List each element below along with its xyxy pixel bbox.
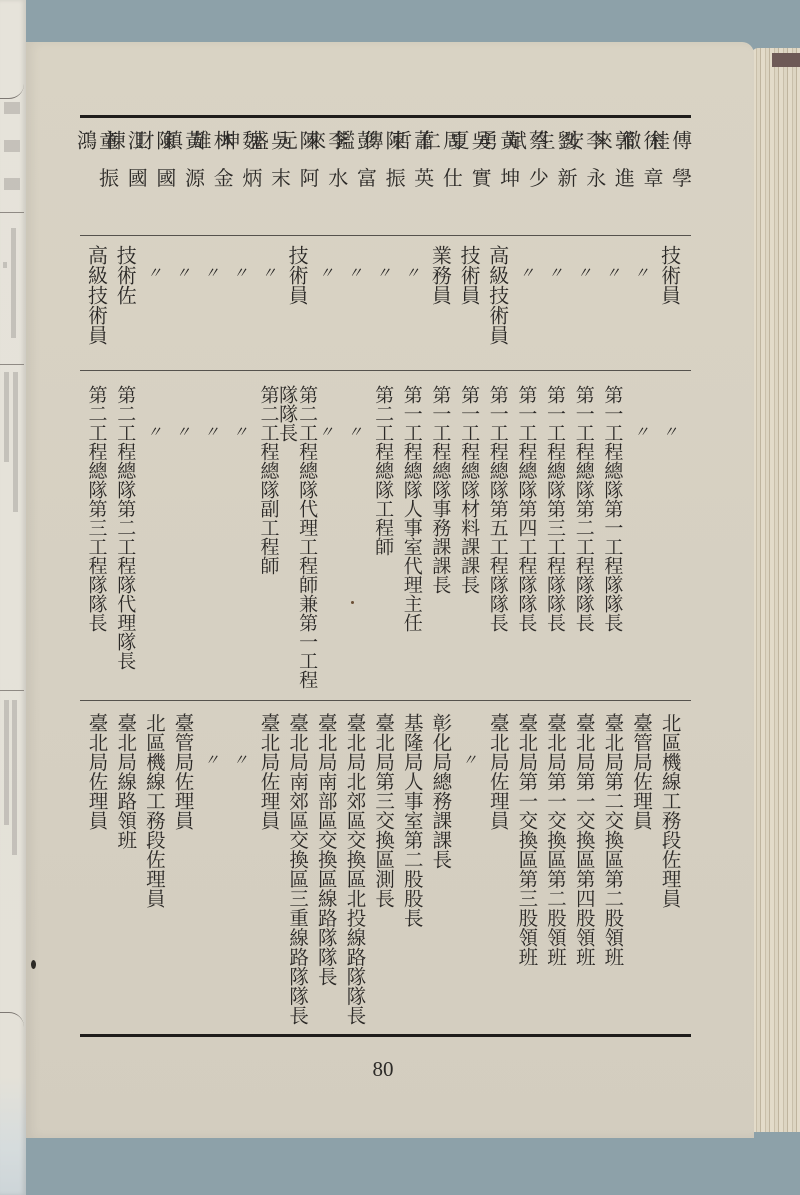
former-position: 〃 [230, 701, 250, 1072]
new-position: 第二工程總隊第二工程隊代理隊長 [115, 371, 135, 691]
former-position-cell: 臺北局第一交換區第四股領班 [569, 701, 598, 1033]
new-position-cell: 〃 [311, 371, 340, 699]
new-position-cell: 第二工程總隊第三工程隊隊長 [82, 371, 111, 699]
new-position-cell: 第一工程總隊第三工程隊隊長 [541, 371, 570, 699]
job-title: 技術員 [286, 236, 308, 305]
previous-page-rule [0, 690, 24, 691]
new-position: 第一工程總隊第三工程隊隊長 [545, 371, 565, 691]
title-cell: 〃 [168, 236, 197, 369]
former-position: 〃 [459, 701, 479, 1072]
new-positions-band: 〃 〃 第一工程總隊第一工程隊隊長 第一工程總隊第二工程隊隊長 第一工程總隊第三… [82, 371, 684, 699]
former-positions-band: 北區機線工務段佐理員 臺管局佐理員 臺北局第二交換區第二股領班 臺北局第一交換區… [82, 701, 684, 1033]
previous-page-rule [0, 212, 24, 213]
former-position: 臺北局第一交換區第三股領班 [516, 701, 536, 1033]
former-position-cell: 臺北局佐理員 [254, 701, 283, 1033]
former-position: 臺北局佐理員 [87, 701, 107, 1033]
former-position: 臺北局南郊區交換區三重線路隊隊長 [287, 701, 307, 1033]
new-position-cell: 第一工程總隊第五工程隊隊長 [483, 371, 512, 699]
previous-page-rule [0, 84, 24, 99]
new-position: 第一工程總隊人事室代理主任 [402, 371, 422, 691]
title-cell: 〃 [369, 236, 398, 369]
ink-blemish [31, 960, 36, 969]
former-position-cell: 臺北局第一交換區第三股領班 [512, 701, 541, 1033]
former-position: 臺北局第三交換區測長 [373, 701, 393, 1033]
title-cell: 技術員 [283, 236, 312, 369]
former-position: 臺北局第二交換區第二股領班 [602, 701, 622, 1033]
title-cell: 〃 [569, 236, 598, 369]
former-position: 臺北局佐理員 [258, 701, 278, 1033]
title-cell: 〃 [254, 236, 283, 369]
job-title: 〃 [343, 236, 365, 280]
former-position-cell: 臺管局佐理員 [168, 701, 197, 1033]
new-position-cell: 〃 [168, 371, 197, 699]
new-position: 第一工程總隊第五工程隊隊長 [488, 371, 508, 691]
name-cell: 傅學桂 [655, 119, 684, 234]
job-title: 〃 [515, 236, 537, 280]
job-title: 〃 [172, 236, 194, 280]
job-title: 〃 [372, 236, 394, 280]
job-title: 業務員 [429, 236, 451, 305]
former-position: 臺北局第一交換區第四股領班 [574, 701, 594, 1033]
former-position-cell: 臺北局南部區交換區線路隊隊長 [311, 701, 340, 1033]
faded-text [12, 700, 17, 855]
page-number: 80 [363, 1057, 403, 1082]
new-position: 第二工程總隊工程師 [373, 371, 393, 691]
former-position: 臺管局佐理員 [173, 701, 193, 1033]
faded-text [4, 178, 20, 190]
former-position: 臺北局北郊區交換區北投線路隊隊長 [344, 701, 364, 1033]
title-cell: 高級技術員 [82, 236, 111, 369]
former-position-cell: 臺北局線路領班 [111, 701, 140, 1033]
new-position: 第一工程總隊事務課課長 [430, 371, 450, 691]
new-position-cell: 第一工程總隊材料課課長 [455, 371, 484, 699]
job-title: 〃 [257, 236, 279, 280]
job-title: 〃 [630, 236, 652, 280]
title-cell: 業務員 [426, 236, 455, 369]
names-band: 傅學桂 徐章徹 郭進來 李永安 劉新生 蔡少斌 黃坤勇 吳實夏 周仕仁 蕭英哲 … [82, 119, 684, 234]
faded-text [3, 262, 7, 268]
job-title: 技術員 [659, 236, 681, 305]
former-position-cell: 臺北局南郊區交換區三重線路隊隊長 [283, 701, 312, 1033]
title-cell: 〃 [340, 236, 369, 369]
title-cell: 高級技術員 [483, 236, 512, 369]
former-position-cell: 基隆局人事室第二股股長 [397, 701, 426, 1033]
former-position-cell: 臺北局佐理員 [82, 701, 111, 1033]
previous-page-edge [0, 0, 26, 1195]
faded-text [13, 372, 18, 512]
title-cell: 〃 [197, 236, 226, 369]
faded-text [11, 228, 16, 338]
job-title: 〃 [200, 236, 222, 280]
former-position-cell: 臺北局第三交換區測長 [369, 701, 398, 1033]
former-position: 臺北局佐理員 [488, 701, 508, 1033]
former-position: 臺北局南部區交換區線路隊隊長 [316, 701, 336, 1033]
new-position-cell: 第一工程總隊第二工程隊隊長 [569, 371, 598, 699]
title-cell: 技術佐 [111, 236, 140, 369]
title-cell: 〃 [397, 236, 426, 369]
former-position-cell: 臺北局第一交換區第二股領班 [541, 701, 570, 1033]
title-cell: 技術員 [455, 236, 484, 369]
faded-text [4, 700, 9, 825]
new-position: 第一工程總隊第二工程隊隊長 [574, 371, 594, 691]
job-title: 技術員 [458, 236, 480, 305]
new-position-cell: 〃 [627, 371, 656, 699]
previous-page-rule [0, 364, 24, 365]
new-position: 〃 [631, 371, 651, 730]
former-position-cell: 〃 [455, 701, 484, 1033]
former-position: 臺北局線路領班 [115, 701, 135, 1033]
faded-text [4, 140, 20, 152]
new-position: 〃 [344, 371, 364, 730]
title-cell: 〃 [140, 236, 169, 369]
new-position-cell: 第二工程總隊第二工程隊代理隊長 [111, 371, 140, 699]
job-title: 〃 [143, 236, 165, 280]
new-position-cell: 〃 [197, 371, 226, 699]
new-position-cell: 第一工程總隊第四工程隊隊長 [512, 371, 541, 699]
job-title: 〃 [315, 236, 337, 280]
job-title: 技術佐 [114, 236, 136, 305]
former-position-cell: 臺北局佐理員 [483, 701, 512, 1033]
former-position: 彰化局總務課課長 [430, 701, 450, 1033]
new-position: 〃 [144, 371, 164, 730]
title-cell: 〃 [512, 236, 541, 369]
former-position-cell: 彰化局總務課課長 [426, 701, 455, 1033]
new-position-cell: 〃 [655, 371, 684, 699]
former-position-cell: 〃 [197, 701, 226, 1033]
new-position-cell: 第二工程總隊工程師 [369, 371, 398, 699]
former-position: 北區機線工務段佐理員 [144, 701, 164, 1033]
former-position-cell: 臺北局北郊區交換區北投線路隊隊長 [340, 701, 369, 1033]
title-cell: 〃 [627, 236, 656, 369]
rule-bottom-thick [80, 1034, 691, 1037]
book-cover-edge [772, 53, 800, 67]
job-title: 〃 [601, 236, 623, 280]
faded-text [4, 102, 20, 114]
new-position: 第一工程總隊第四工程隊隊長 [516, 371, 536, 691]
faded-text [4, 372, 9, 462]
new-position: 第一工程總隊第一工程隊隊長 [602, 371, 622, 691]
new-position: 〃 [316, 371, 336, 730]
former-position-cell: 臺管局佐理員 [627, 701, 656, 1033]
title-cell: 〃 [598, 236, 627, 369]
former-position: 〃 [201, 701, 221, 1072]
previous-page-rule [0, 1012, 24, 1027]
new-position-cell: 〃 [340, 371, 369, 699]
rule-top-thick [80, 115, 691, 118]
former-position-cell: 北區機線工務段佐理員 [655, 701, 684, 1033]
person-name: 傅學桂 [648, 119, 692, 234]
page-stack-edge [752, 48, 800, 1132]
new-position: 第二工程總隊第三工程隊隊長 [87, 371, 107, 691]
job-title: 高級技術員 [487, 236, 509, 345]
new-position-cell: 第二工程總隊代理工程師兼第一工程隊隊長 [283, 371, 312, 699]
former-position-cell: 〃 [226, 701, 255, 1033]
titles-band: 技術員 〃 〃 〃 〃 〃 高級技術員 技術員 業務員 〃 〃 〃 〃 技術員 … [82, 236, 684, 369]
new-position-cell: 〃 [140, 371, 169, 699]
title-cell: 技術員 [655, 236, 684, 369]
new-position-cell: 第一工程總隊事務課課長 [426, 371, 455, 699]
former-position: 臺管局佐理員 [631, 701, 651, 1033]
new-position: 〃 [201, 371, 221, 730]
former-position: 北區機線工務段佐理員 [660, 701, 680, 1033]
new-position-cell: 第一工程總隊人事室代理主任 [397, 371, 426, 699]
new-position: 〃 [660, 371, 680, 730]
new-position: 〃 [230, 371, 250, 730]
new-position-cell: 〃 [226, 371, 255, 699]
job-title: 〃 [401, 236, 423, 280]
job-title: 高級技術員 [86, 236, 108, 345]
new-position-cell: 第一工程總隊第一工程隊隊長 [598, 371, 627, 699]
former-position: 基隆局人事室第二股股長 [402, 701, 422, 1033]
new-position: 第一工程總隊材料課課長 [459, 371, 479, 691]
job-title: 〃 [229, 236, 251, 280]
former-position: 臺北局第一交換區第二股領班 [545, 701, 565, 1033]
title-cell: 〃 [541, 236, 570, 369]
job-title: 〃 [544, 236, 566, 280]
former-position-cell: 北區機線工務段佐理員 [140, 701, 169, 1033]
title-cell: 〃 [311, 236, 340, 369]
former-position-cell: 臺北局第二交換區第二股領班 [598, 701, 627, 1033]
title-cell: 〃 [226, 236, 255, 369]
new-position: 〃 [173, 371, 193, 730]
job-title: 〃 [573, 236, 595, 280]
